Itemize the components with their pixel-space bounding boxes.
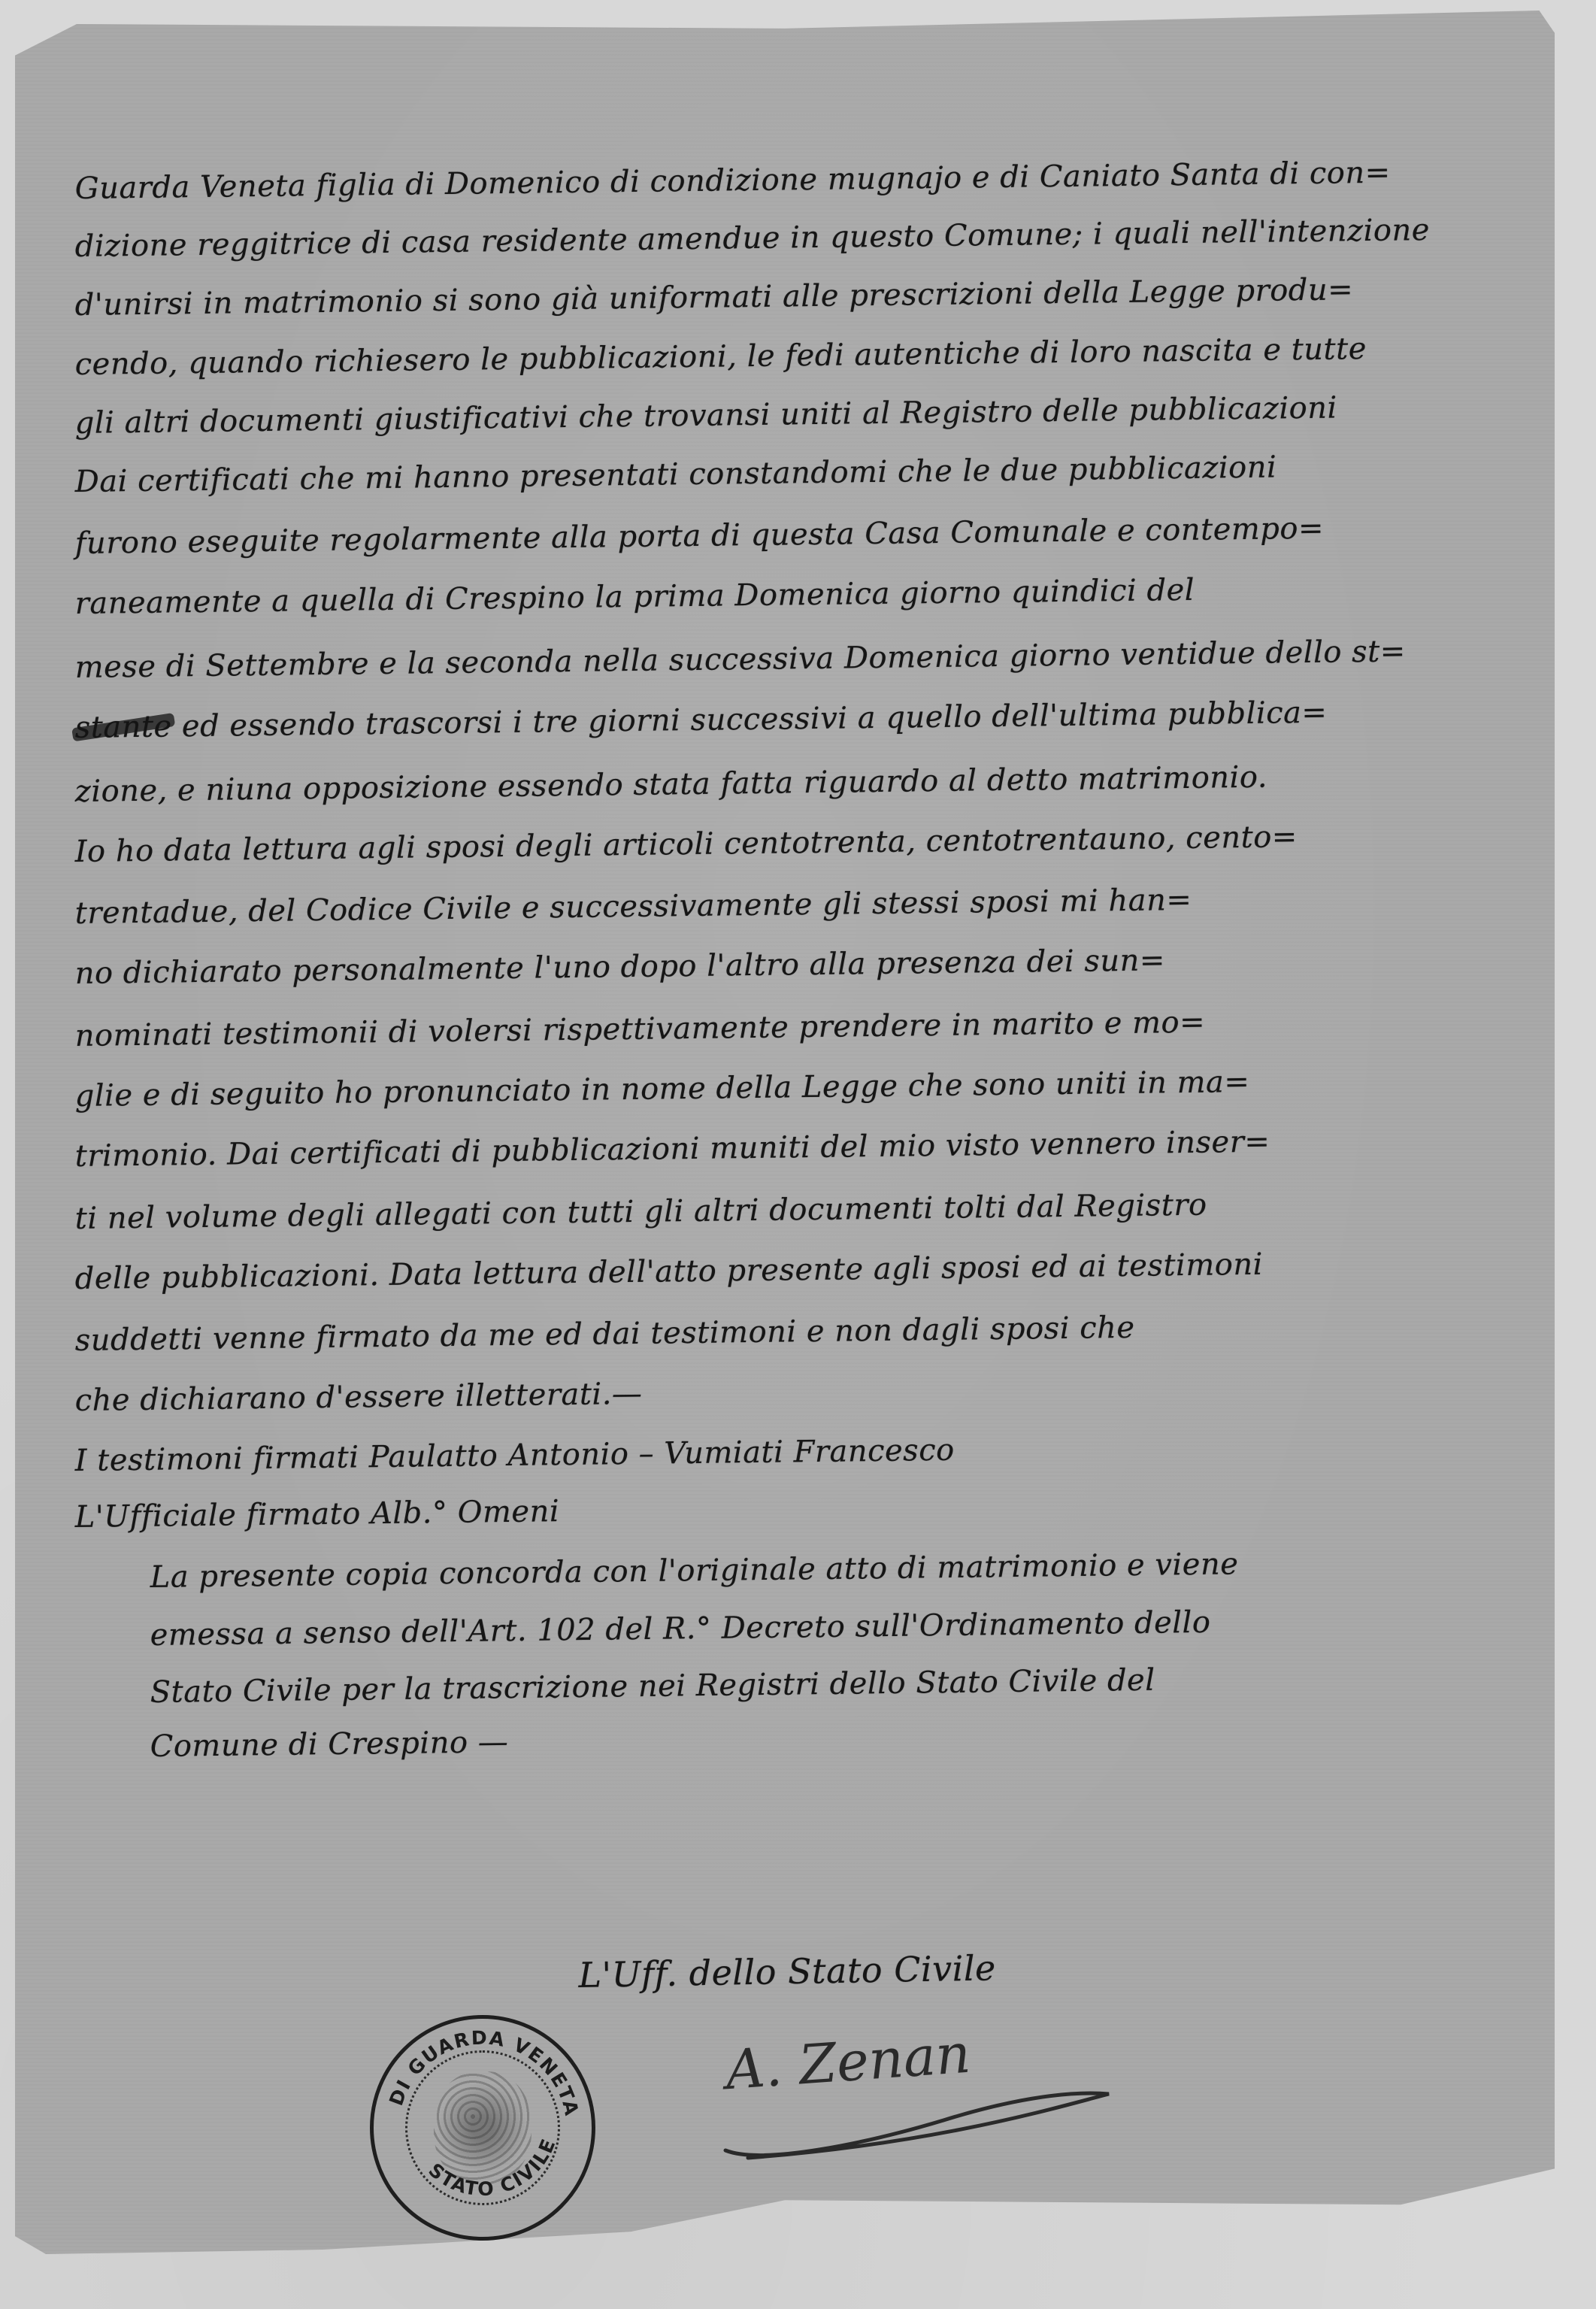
signature-flourish-icon xyxy=(718,2075,1139,2165)
body-line-21: che dichiarano d'essere illetterati.— xyxy=(74,1377,642,1418)
seal-text-ring: DI GUARDA VENETA STATO CIVILE xyxy=(374,2019,592,2237)
struck-word: stante xyxy=(74,709,172,745)
closing-title: L'Uff. dello Stato Civile xyxy=(578,1947,996,1995)
svg-text:STATO CIVILE: STATO CIVILE xyxy=(424,2135,560,2200)
official-seal-stamp: DI GUARDA VENETA STATO CIVILE xyxy=(370,2015,595,2241)
note-line-4: Comune di Crespino — xyxy=(150,1725,508,1764)
seal-bottom-text: STATO CIVILE xyxy=(424,2135,560,2200)
officer-line: L'Ufficiale firmato Alb.° Omeni xyxy=(74,1494,559,1535)
seal-top-text: DI GUARDA VENETA xyxy=(385,2027,583,2119)
svg-text:DI GUARDA VENETA: DI GUARDA VENETA xyxy=(385,2027,583,2119)
